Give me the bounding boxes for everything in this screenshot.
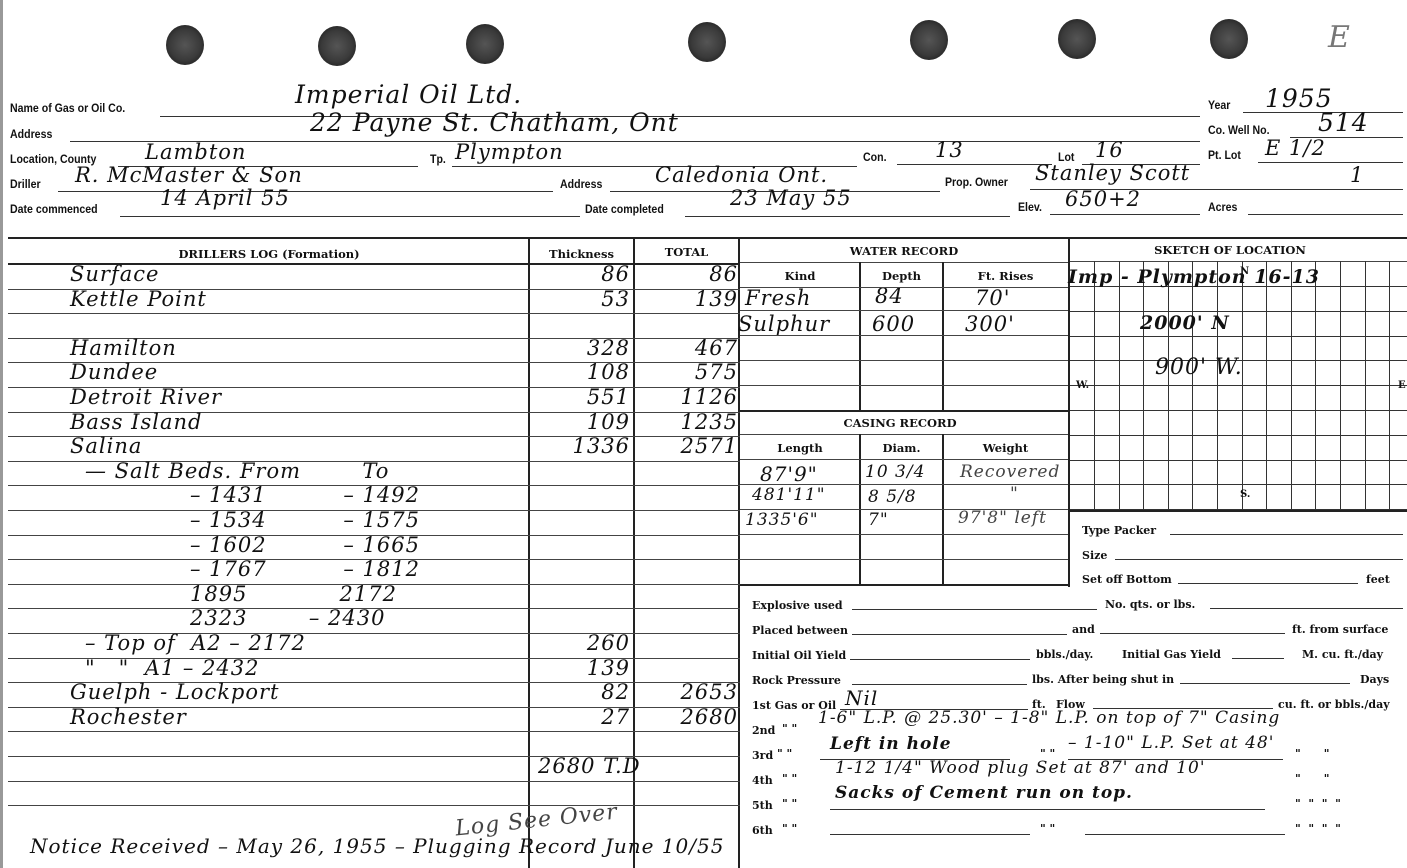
driller-line: [58, 191, 553, 192]
sketch-grid-hline: [1070, 410, 1407, 411]
casing-weight-3: 97'8" left: [958, 508, 1047, 528]
qts-line: [1210, 608, 1403, 609]
thickness-header: Thickness: [530, 247, 633, 261]
log-total[interactable]: 467: [640, 336, 738, 360]
driller-value[interactable]: R. McMaster & Son: [75, 163, 303, 187]
water-title-bottom: [740, 262, 1068, 263]
record-row-line: [740, 310, 1068, 311]
divider-log-thickness: [528, 237, 530, 868]
log-formation[interactable]: Kettle Point: [70, 287, 207, 311]
address-label: Address: [10, 129, 52, 141]
type-packer-label: Type Packer: [1082, 524, 1156, 537]
record-row-line: [740, 484, 1068, 485]
sketch-title-bottom: [1070, 261, 1407, 262]
driller-address-value[interactable]: Caledonia Ont.: [655, 163, 828, 187]
water-depth-2: 600: [872, 312, 915, 336]
record-row-line: [740, 459, 1068, 460]
shut-in-line: [1180, 683, 1350, 684]
casing-diam-3: 7": [868, 510, 889, 530]
table-top-border: [8, 237, 1407, 239]
casing-length-2: 481'11": [752, 485, 826, 505]
explosive-line: [852, 609, 1097, 610]
casing-diam-header: Diam.: [860, 441, 943, 455]
water-rises-1: 70': [975, 286, 1011, 310]
log-row-line: [8, 731, 740, 732]
casing-record-bottom: [740, 584, 1070, 586]
and-label: and: [1072, 623, 1095, 636]
row-4th-value[interactable]: 1-12 1/4" Wood plug Set at 87' and 10': [835, 758, 1206, 778]
footer-note: Notice Received – May 26, 1955 – Pluggin…: [30, 834, 724, 858]
date-completed-label: Date completed: [585, 204, 664, 216]
row-6th-ditto-2: " ": [1040, 822, 1055, 835]
water-record-title: WATER RECORD: [740, 244, 1068, 258]
row-4th-ditto: " ": [782, 772, 797, 785]
casing-length-header: Length: [740, 441, 860, 455]
type-packer-line: [1170, 534, 1403, 535]
row-3rd-value[interactable]: Left in hole: [830, 734, 952, 754]
log-thickness[interactable]: 328: [545, 336, 630, 360]
row-6th-label: 6th: [752, 824, 773, 837]
casing-weight-1: Recovered: [960, 462, 1060, 482]
log-formation[interactable]: – 1767 – 1812: [190, 557, 420, 581]
row-4th-label: 4th: [752, 774, 773, 787]
elev-line: [1050, 214, 1200, 215]
shut-in-label: lbs. After being shut in: [1032, 673, 1174, 686]
row-2nd-label: 2nd: [752, 724, 775, 737]
pt-lot-label: Pt. Lot: [1208, 150, 1241, 162]
acres-extra-value: 1: [1350, 163, 1364, 187]
company-label: Name of Gas or Oil Co.: [10, 103, 125, 115]
log-total[interactable]: 2680: [640, 705, 738, 729]
log-thickness[interactable]: 53: [545, 287, 630, 311]
date-commenced-line: [120, 216, 580, 217]
date-commenced-label: Date commenced: [10, 204, 98, 216]
log-row-line: [8, 781, 740, 782]
casing-length-1: 87'9": [760, 462, 818, 486]
mcu-label: M. cu. ft./day: [1302, 648, 1383, 661]
log-formation[interactable]: Dundee: [70, 360, 158, 384]
punch-hole: [318, 26, 356, 66]
water-kind-2: Sulphur: [738, 312, 830, 336]
county-value[interactable]: Lambton: [145, 140, 246, 164]
size-label: Size: [1082, 549, 1107, 562]
log-thickness[interactable]: 139: [545, 656, 630, 680]
sketch-grid-hline: [1070, 336, 1407, 337]
ditto-right-5th: " " " ": [1295, 797, 1341, 810]
log-thickness[interactable]: 109: [545, 410, 630, 434]
punch-hole: [1058, 19, 1096, 59]
cuft-label: cu. ft. or bbls./day: [1278, 698, 1390, 711]
water-col-divider-2: [942, 262, 944, 410]
elev-label: Elev.: [1018, 202, 1042, 214]
sketch-line-2: 2000' N: [1140, 312, 1230, 334]
bbls-label: bbls./day.: [1036, 648, 1093, 661]
row-5th-value[interactable]: Sacks of Cement run on top.: [835, 783, 1133, 803]
log-thickness[interactable]: 2680 T.D: [538, 754, 623, 778]
log-thickness[interactable]: 108: [545, 360, 630, 384]
record-row-line: [740, 385, 1068, 386]
record-row-line: [740, 335, 1068, 336]
row-5th-label: 5th: [752, 799, 773, 812]
total-header: TOTAL: [635, 245, 738, 259]
log-formation[interactable]: – Top of A2 – 2172: [85, 631, 306, 655]
pt-lot-line: [1258, 162, 1403, 163]
explosive-label: Explosive used: [752, 599, 843, 612]
placed-line-1: [852, 634, 1067, 635]
placed-label: Placed between: [752, 624, 848, 637]
pt-lot-value[interactable]: E 1/2: [1265, 136, 1326, 160]
rock-pressure-label: Rock Pressure: [752, 674, 841, 687]
log-thickness[interactable]: 27: [545, 705, 630, 729]
row-5th-ditto: " ": [782, 797, 797, 810]
log-formation[interactable]: Bass Island: [70, 410, 202, 434]
set-off-label: Set off Bottom: [1082, 573, 1172, 586]
punch-hole: [166, 25, 204, 65]
compass-east: E: [1398, 380, 1406, 391]
casing-diam-2: 8 5/8: [868, 487, 917, 507]
water-col-divider-1: [859, 262, 861, 410]
gas-yield-label: Initial Gas Yield: [1122, 648, 1221, 661]
casing-weight-2: ": [1010, 484, 1019, 504]
log-formation[interactable]: — Salt Beds. From To: [85, 459, 389, 483]
compass-south: S.: [1240, 489, 1250, 500]
log-formation[interactable]: Detroit River: [70, 385, 222, 409]
sketch-grid-hline: [1070, 484, 1407, 485]
punch-hole: [688, 22, 726, 62]
elev-value[interactable]: 650+2: [1065, 187, 1141, 211]
company-value[interactable]: Imperial Oil Ltd.: [295, 80, 522, 109]
well-no-label: Co. Well No.: [1208, 125, 1270, 137]
lot-value[interactable]: 16: [1095, 138, 1124, 162]
log-total[interactable]: 575: [640, 360, 738, 384]
row-3rd-label: 3rd: [752, 749, 773, 762]
sketch-grid-hline: [1070, 460, 1407, 461]
log-total[interactable]: 1126: [640, 385, 738, 409]
log-thickness[interactable]: 82: [545, 680, 630, 704]
row-5th-line: [830, 809, 1265, 810]
water-record-bottom: [740, 410, 1068, 412]
record-row-line: [740, 360, 1068, 361]
township-label: Tp.: [430, 154, 446, 166]
date-completed-value[interactable]: 23 May 55: [730, 186, 852, 210]
size-line: [1115, 559, 1403, 560]
date-completed-line: [685, 216, 1010, 217]
row-6th-line-1: [830, 834, 1030, 835]
sketch-grid-hline: [1070, 385, 1407, 386]
log-row-line: [8, 805, 740, 806]
casing-record-title: CASING RECORD: [740, 416, 1060, 430]
oil-yield-line: [850, 659, 1030, 660]
rock-pressure-line: [852, 684, 1027, 685]
log-total[interactable]: 86: [640, 262, 738, 286]
ditto-right-6th: " " " ": [1295, 822, 1341, 835]
record-row-line: [740, 287, 1068, 288]
casing-weight-header: Weight: [943, 441, 1068, 455]
set-off-line: [1178, 583, 1358, 584]
sketch-bottom: [1070, 510, 1407, 512]
log-formation[interactable]: – 1534 – 1575: [190, 508, 420, 532]
water-kind-1: Fresh: [745, 286, 811, 310]
row-6th-ditto: " ": [782, 822, 797, 835]
water-rises-2: 300': [965, 312, 1015, 336]
punch-hole: [1210, 19, 1248, 59]
con-line: [897, 164, 1052, 165]
feet-label: feet: [1366, 573, 1390, 586]
divider-records-sketch: [1068, 237, 1070, 587]
log-formation[interactable]: Salina: [70, 434, 142, 458]
log-formation[interactable]: " " A1 – 2432: [85, 656, 260, 680]
ft-surface-label: ft. from surface: [1292, 623, 1388, 636]
water-rises-header: Ft. Rises: [943, 269, 1068, 283]
log-thickness[interactable]: 86: [545, 262, 630, 286]
township-value[interactable]: Plympton: [455, 140, 564, 164]
casing-length-3: 1335'6": [745, 510, 819, 530]
punch-hole: [910, 20, 948, 60]
log-formation[interactable]: Guelph - Lockport: [70, 680, 280, 704]
placed-line-2: [1100, 633, 1285, 634]
gas-yield-line: [1232, 658, 1284, 659]
log-formation[interactable]: 2323 – 2430: [190, 606, 385, 630]
row-2nd-value[interactable]: 1-6" L.P. @ 25.30' – 1-8" L.P. on top of…: [818, 708, 1280, 728]
water-depth-header: Depth: [860, 269, 943, 283]
row-6th-line-2: [1085, 834, 1285, 835]
well-no-value[interactable]: 514: [1318, 108, 1369, 137]
acres-line: [1248, 214, 1403, 215]
year-label: Year: [1208, 100, 1230, 112]
casing-title-bottom: [740, 434, 1068, 435]
form-left-edge: [0, 0, 3, 868]
date-commenced-value[interactable]: 14 April 55: [160, 186, 290, 210]
days-label: Days: [1360, 673, 1389, 686]
punch-hole: [466, 24, 504, 64]
log-formation[interactable]: Surface: [70, 262, 159, 286]
prop-owner-label: Prop. Owner: [945, 177, 1008, 189]
log-formation[interactable]: – 1602 – 1665: [190, 533, 420, 557]
log-formation[interactable]: Hamilton: [70, 336, 177, 360]
log-total[interactable]: 2653: [640, 680, 738, 704]
log-thickness[interactable]: 551: [545, 385, 630, 409]
log-total[interactable]: 1235: [640, 410, 738, 434]
sketch-title: SKETCH OF LOCATION: [1070, 243, 1390, 257]
sketch-line-3: 900' W.: [1155, 355, 1243, 380]
record-row-line: [740, 509, 1068, 510]
log-thickness[interactable]: 260: [545, 631, 630, 655]
log-total[interactable]: 139: [640, 287, 738, 311]
con-value[interactable]: 13: [935, 138, 964, 162]
water-kind-header: Kind: [740, 269, 860, 283]
sketch-grid-hline: [1070, 311, 1407, 312]
drillers-log-title: DRILLERS LOG (Formation): [10, 247, 528, 261]
row-3rd-ditto: " ": [777, 747, 792, 760]
log-thickness[interactable]: 1336: [545, 434, 630, 458]
first-gas-value[interactable]: Nil: [845, 686, 878, 710]
log-row-line: [8, 313, 740, 314]
log-total[interactable]: 2571: [640, 434, 738, 458]
corner-mark: E: [1328, 20, 1350, 55]
acres-label: Acres: [1208, 202, 1237, 214]
qts-label: No. qts. or lbs.: [1105, 598, 1195, 611]
record-row-line: [740, 559, 1068, 560]
log-formation[interactable]: – 1431 – 1492: [190, 483, 420, 507]
driller-label: Driller: [10, 179, 41, 191]
ditto-right-3rd: " ": [1295, 747, 1329, 760]
sketch-grid-hline: [1070, 435, 1407, 436]
ditto-right-4th: " ": [1295, 772, 1329, 785]
log-formation[interactable]: Rochester: [70, 705, 187, 729]
sketch-line-1: Imp - Plympton 16-13: [1068, 266, 1320, 288]
prop-owner-value[interactable]: Stanley Scott: [1035, 161, 1190, 185]
log-formation[interactable]: 1895 2172: [190, 582, 397, 606]
address-value[interactable]: 22 Payne St. Chatham, Ont: [310, 108, 679, 137]
driller-address-label: Address: [560, 179, 602, 191]
compass-west: W.: [1076, 380, 1089, 391]
row-2nd-ditto: " ": [782, 722, 797, 735]
row-3rd-value-2[interactable]: – 1-10" L.P. Set at 48': [1068, 733, 1274, 753]
casing-diam-1: 10 3/4: [865, 462, 925, 482]
record-row-line: [740, 534, 1068, 535]
oil-yield-label: Initial Oil Yield: [752, 649, 846, 662]
con-label: Con.: [863, 152, 887, 164]
